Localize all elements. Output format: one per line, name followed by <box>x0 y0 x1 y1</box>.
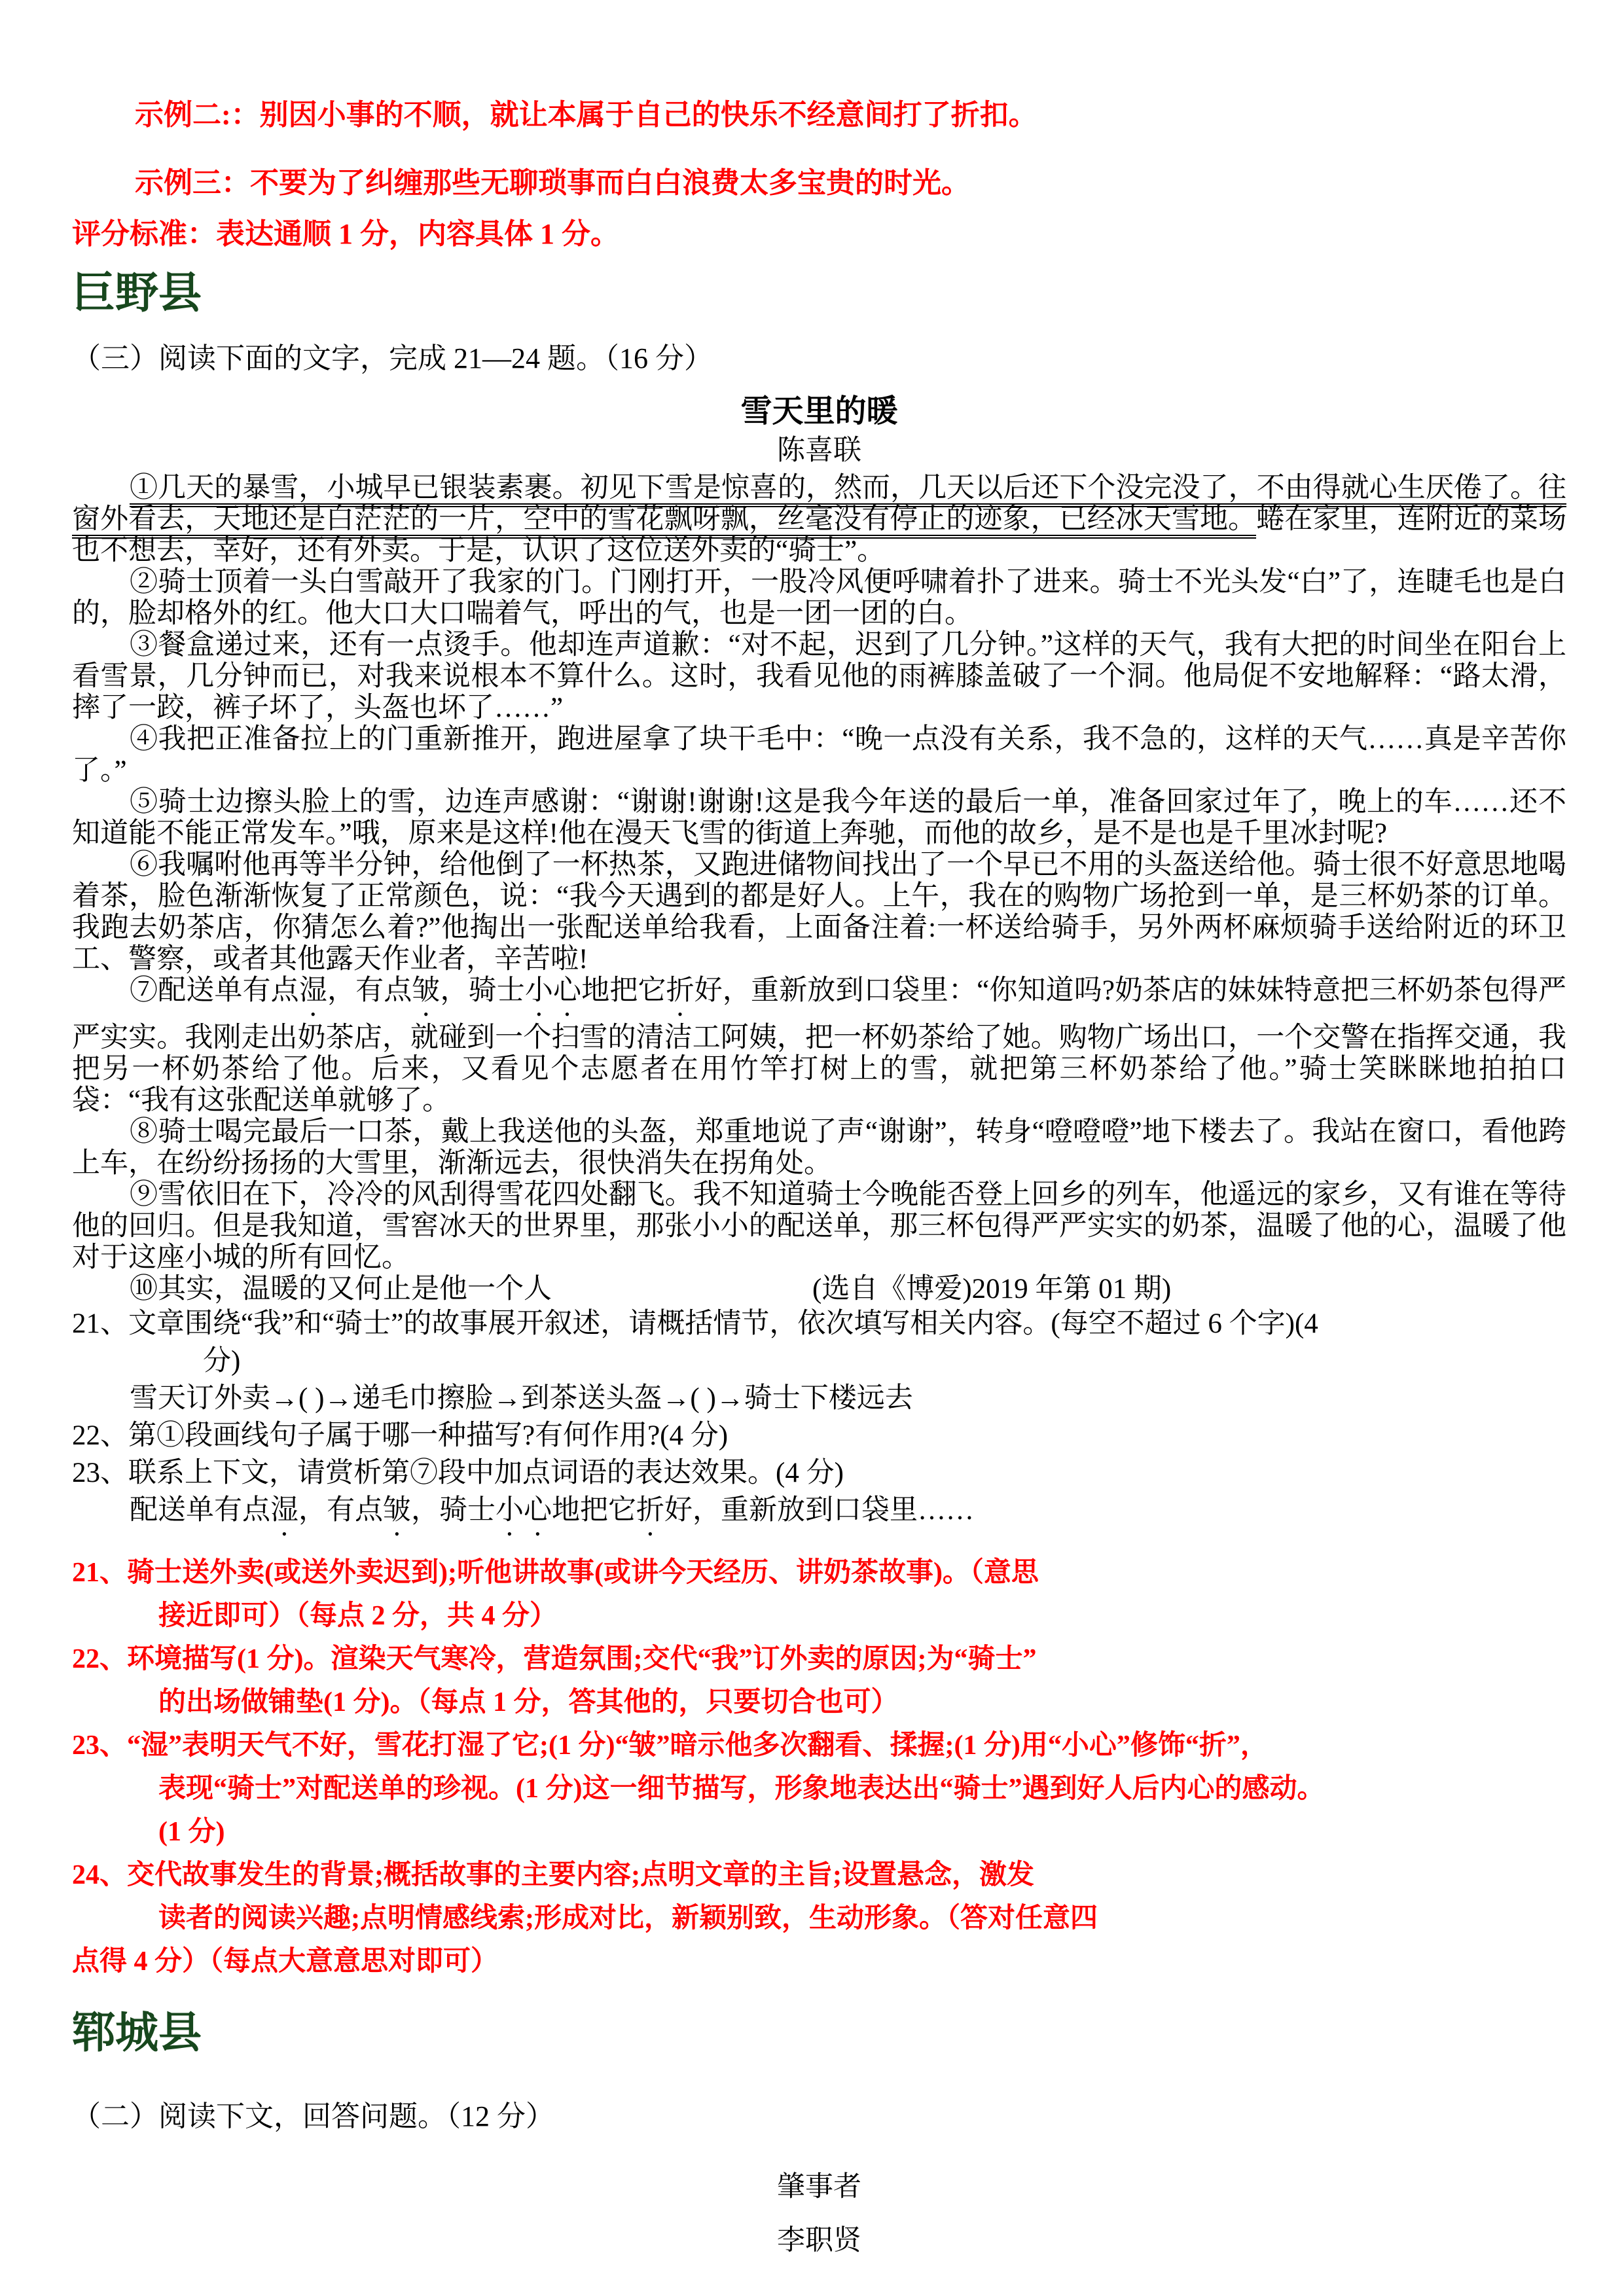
answer-22-line-1: 22、环境描写(1 分)。渲染天气寒冷，营造氛围;交代“我”订外卖的原因;为“骑… <box>72 1638 1566 1681</box>
paragraph-7-text: ⑦配送单有点 <box>130 975 299 1006</box>
paragraph-7-text: 地把它 <box>581 975 666 1006</box>
answer-23-line-3: (1 分) <box>72 1810 1566 1854</box>
emphasized-word-fold: 折 <box>636 1495 664 1526</box>
question-22: 22、第①段画线句子属于哪一种描写?有何作用?(4 分) <box>72 1417 1566 1454</box>
paragraph-7-text: ，有点 <box>327 975 412 1006</box>
answer-22-line-2: 的出场做铺垫(1 分)。（每点 1 分，答其他的，只要切合也可） <box>72 1681 1566 1724</box>
paragraph-10-text: ⑩其实，温暖的又何止是他一个人 <box>130 1274 552 1304</box>
article-paragraph-9: ⑨雪依旧在下，冷冷的风刮得雪花四处翻飞。我不知道骑士今晚能否登上回乡的列车，他遥… <box>72 1179 1566 1274</box>
emphasized-word-wet: 湿 <box>299 975 327 1006</box>
scoring-standard: 评分标准：表达通顺 1 分，内容具体 1 分。 <box>72 217 1566 251</box>
emphasized-word-wrinkled: 皱 <box>383 1495 411 1526</box>
next-article-title: 肇事者 <box>72 2170 1566 2204</box>
answer-24-line-3: 点得 4 分）（每点大意意思对即可） <box>72 1940 1566 1983</box>
emphasized-word-carefully: 小心 <box>525 975 581 1006</box>
quote-text: ，骑士 <box>411 1495 496 1526</box>
answer-23-line-1: 23、“湿”表明天气不好，雪花打湿了它;(1 分)“皱”暗示他多次翻看、揉握;(… <box>72 1724 1566 1767</box>
article-paragraph-8: ⑧骑士喝完最后一口茶，戴上我送他的头盔，郑重地说了声“谢谢”，转身“噔噔噔”地下… <box>72 1117 1566 1179</box>
county-heading-juye: 巨野县 <box>72 266 1566 322</box>
article-paragraph-5: ⑤骑士边擦头脸上的雪，边连声感谢：“谢谢!谢谢!这是我今年送的最后一单，准备回家… <box>72 787 1566 850</box>
scoring-example-2: 示例二:：别因小事的不顺，就让本属于自己的快乐不经意间打了折扣。 <box>72 98 1566 132</box>
emphasized-word-wrinkled: 皱 <box>412 975 440 1006</box>
article-title: 雪天里的暖 <box>72 393 1566 431</box>
article-paragraph-3: ③餐盒递过来，还有一点烫手。他却连声道歉：“对不起，迟到了几分钟。”这样的天气，… <box>72 630 1566 724</box>
emphasized-word-fold: 折 <box>666 975 695 1006</box>
article-paragraph-1: ①几天的暴雪，小城早已银装素裹。初见下雪是惊喜的，然而，几天以后还下个没完没了，… <box>72 473 1566 567</box>
emphasized-word-wet: 湿 <box>270 1495 298 1526</box>
quote-text: 地把它 <box>552 1495 636 1526</box>
article-paragraph-6: ⑥我嘱咐他再等半分钟，给他倒了一杯热茶，又跑进储物间找出了一个早已不用的头盔送给… <box>72 850 1566 975</box>
scoring-example-3: 示例三：不要为了纠缠那些无聊琐事而白白浪费太多宝贵的时光。 <box>72 166 1566 200</box>
question-21-line-1: 21、文章围绕“我”和“骑士”的故事展开叙述，请概括情节，依次填写相关内容。(每… <box>72 1305 1566 1342</box>
article-source: (选自《博爱)2019 年第 01 期) <box>755 1274 1171 1305</box>
question-21-line-2: 分) <box>72 1342 1566 1380</box>
question-21-flow: 雪天订外卖→( )→递毛巾擦脸→到茶送头盔→( )→骑士下楼远去 <box>72 1380 1566 1417</box>
document-page: 示例二:：别因小事的不顺，就让本属于自己的快乐不经意间打了折扣。 示例三：不要为… <box>0 0 1624 2296</box>
next-article-author: 李职贤 <box>72 2224 1566 2258</box>
answer-24-line-2: 读者的阅读兴趣;点明情感线索;形成对比，新颖别致，生动形象。（答对任意四 <box>72 1897 1566 1940</box>
quote-text: 配送单有点 <box>130 1495 270 1526</box>
quote-text: 好，重新放到口袋里…… <box>664 1495 974 1526</box>
quote-text: ，有点 <box>298 1495 383 1526</box>
answers-block: 21、骑士送外卖(或送外卖迟到);听他讲故事(或讲今天经历、讲奶茶故事)。（意思… <box>72 1551 1566 1983</box>
section-intro-yuncheng: （二）阅读下文，回答问题。（12 分） <box>72 2098 1566 2135</box>
answer-23-line-2: 表现“骑士”对配送单的珍视。(1 分)这一细节描写，形象地表达出“骑士”遇到好人… <box>72 1767 1566 1810</box>
article-paragraph-2: ②骑士顶着一头白雪敲开了我家的门。门刚打开，一股冷风便呼啸着扑了进来。骑士不光头… <box>72 567 1566 630</box>
answer-21-line-1: 21、骑士送外卖(或送外卖迟到);听他讲故事(或讲今天经历、讲奶茶故事)。（意思 <box>72 1551 1566 1594</box>
article-paragraph-10: ⑩其实，温暖的又何止是他一个人(选自《博爱)2019 年第 01 期) <box>72 1274 1566 1305</box>
article-author: 陈喜联 <box>72 435 1566 467</box>
section-intro-juye: （三）阅读下面的文字，完成 21—24 题。（16 分） <box>72 340 1566 377</box>
answer-21-line-2: 接近即可）（每点 2 分，共 4 分） <box>72 1594 1566 1638</box>
article-paragraph-4: ④我把正准备拉上的门重新推开，跑进屋拿了块干毛中：“晚一点没有关系，我不急的，这… <box>72 724 1566 787</box>
county-heading-yuncheng: 郓城县 <box>72 2005 1566 2062</box>
paragraph-7-text: ，骑士 <box>441 975 525 1006</box>
article-paragraph-7: ⑦配送单有点湿，有点皱，骑士小心地把它折好，重新放到口袋里：“你知道吗?奶茶店的… <box>72 975 1566 1117</box>
question-23: 23、联系上下文，请赏析第⑦段中加点词语的表达效果。(4 分) <box>72 1454 1566 1492</box>
question-23-quote: 配送单有点湿，有点皱，骑士小心地把它折好，重新放到口袋里…… <box>72 1492 1566 1542</box>
questions-block: 21、文章围绕“我”和“骑士”的故事展开叙述，请概括情节，依次填写相关内容。(每… <box>72 1305 1566 1542</box>
emphasized-word-carefully: 小心 <box>496 1495 552 1526</box>
answer-24-line-1: 24、交代故事发生的背景;概括故事的主要内容;点明文章的主旨;设置悬念，激发 <box>72 1854 1566 1897</box>
article-body: ①几天的暴雪，小城早已银装素裹。初见下雪是惊喜的，然而，几天以后还下个没完没了，… <box>72 473 1566 1305</box>
